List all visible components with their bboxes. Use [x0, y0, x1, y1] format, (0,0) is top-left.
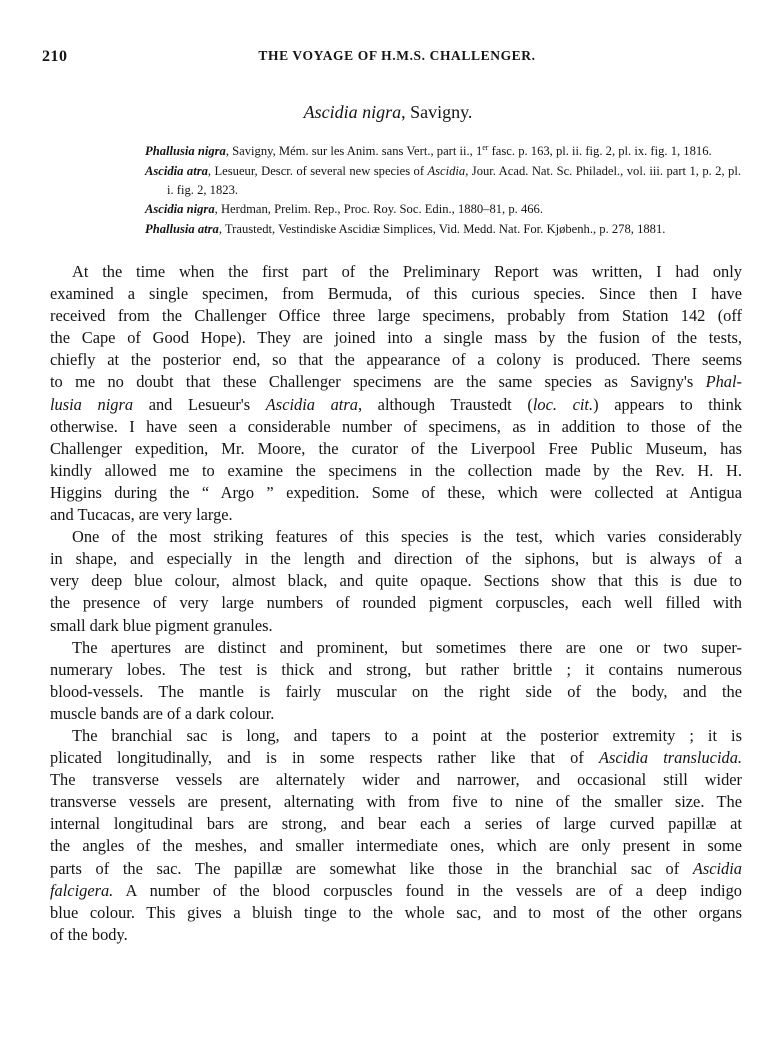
text-segment: small dark blue pigment granules.: [50, 616, 273, 635]
italic-text: Ascidia translucida.: [599, 748, 742, 767]
text-line: Higgins during the “ Argo ” expedition. …: [50, 482, 742, 504]
text-line: One of the most striking features of thi…: [50, 526, 742, 548]
species-name: Ascidia nigra: [304, 102, 402, 122]
text-segment: kindly allowed me to examine the specime…: [50, 461, 742, 480]
citation-text: , Lesueur, Descr. of several new species…: [208, 164, 428, 178]
synonymy-list: Phallusia nigra, Savigny, Mém. sur les A…: [145, 138, 741, 239]
text-segment: received from the Challenger Office thre…: [50, 306, 742, 325]
text-line: Challenger expedition, Mr. Moore, the cu…: [50, 438, 742, 460]
text-segment: ) appears to think: [593, 395, 742, 414]
text-segment: and Lesueur's: [133, 395, 266, 414]
text-line: The apertures are distinct and prominent…: [50, 637, 742, 659]
text-line: The branchial sac is long, and tapers to…: [50, 725, 742, 747]
text-line: transverse vessels are present, alternat…: [50, 791, 742, 813]
italic-text: loc. cit.: [533, 395, 593, 414]
text-segment: examined a single specimen, from Bermuda…: [50, 284, 742, 303]
text-segment: transverse vessels are present, alternat…: [50, 792, 742, 811]
text-line: of the body.: [50, 924, 742, 946]
text-segment: very deep blue colour, almost black, and…: [50, 571, 742, 590]
text-line: internal longitudinal bars are strong, a…: [50, 813, 742, 835]
text-segment: the angles of the meshes, and smaller in…: [50, 836, 742, 855]
text-line: At the time when the first part of the P…: [50, 261, 742, 283]
text-segment: and Tucacas, are very large.: [50, 505, 233, 524]
citation-text: , Traustedt, Vestindiske Ascidiæ Simplic…: [219, 222, 666, 236]
citation-italic: Ascidia: [427, 164, 465, 178]
text-line: very deep blue colour, almost black, and…: [50, 570, 742, 592]
text-line: to me no doubt that these Challenger spe…: [50, 371, 742, 393]
species-author: , Savigny.: [401, 102, 472, 122]
synonym-taxon: Phallusia atra: [145, 222, 219, 236]
text-segment: in shape, and especially in the length a…: [50, 549, 742, 568]
text-line: the presence of very large numbers of ro…: [50, 592, 742, 614]
text-line: parts of the sac. The papillæ are somewh…: [50, 858, 742, 880]
text-segment: otherwise. I have seen a considerable nu…: [50, 417, 742, 436]
synonymy-entry: Ascidia nigra, Herdman, Prelim. Rep., Pr…: [145, 200, 741, 219]
text-line: blue colour. This gives a bluish tinge t…: [50, 902, 742, 924]
text-segment: numerary lobes. The test is thick and st…: [50, 660, 742, 679]
citation-text: , Herdman, Prelim. Rep., Proc. Roy. Soc.…: [215, 202, 543, 216]
text-segment: to me no doubt that these Challenger spe…: [50, 372, 706, 391]
text-line: The transverse vessels are alternately w…: [50, 769, 742, 791]
text-segment: The branchial sac is long, and tapers to…: [72, 726, 742, 745]
text-segment: One of the most striking features of thi…: [72, 527, 742, 546]
text-line: falcigera. A number of the blood corpusc…: [50, 880, 742, 902]
italic-text: lusia nigra: [50, 395, 133, 414]
italic-text: Ascidia: [693, 859, 742, 878]
text-line: plicated longitudinally, and is in some …: [50, 747, 742, 769]
text-segment: plicated longitudinally, and is in some …: [50, 748, 599, 767]
text-segment: muscle bands are of a dark colour.: [50, 704, 274, 723]
running-header: 210 THE VOYAGE OF H.M.S. CHALLENGER.: [42, 48, 742, 70]
text-segment: chiefly at the posterior end, so that th…: [50, 350, 742, 369]
text-segment: the Cape of Good Hope). They are joined …: [50, 328, 742, 347]
text-line: the Cape of Good Hope). They are joined …: [50, 327, 742, 349]
running-title: THE VOYAGE OF H.M.S. CHALLENGER.: [42, 48, 742, 64]
text-line: small dark blue pigment granules.: [50, 615, 742, 637]
text-segment: The apertures are distinct and prominent…: [72, 638, 742, 657]
text-line: kindly allowed me to examine the specime…: [50, 460, 742, 482]
text-line: in shape, and especially in the length a…: [50, 548, 742, 570]
italic-text: falcigera.: [50, 881, 113, 900]
citation-text: fasc. p. 163, pl. ii. fig. 2, pl. ix. fi…: [488, 144, 711, 158]
text-segment: Challenger expedition, Mr. Moore, the cu…: [50, 439, 742, 458]
text-segment: internal longitudinal bars are strong, a…: [50, 814, 742, 833]
italic-text: Ascidia atra: [266, 395, 358, 414]
text-segment: of the body.: [50, 925, 128, 944]
citation-text: , Savigny, Mém. sur les Anim. sans Vert.…: [226, 144, 482, 158]
text-line: the angles of the meshes, and smaller in…: [50, 835, 742, 857]
text-line: and Tucacas, are very large.: [50, 504, 742, 526]
synonymy-entry: Ascidia atra, Lesueur, Descr. of several…: [145, 162, 741, 201]
species-heading: Ascidia nigra, Savigny.: [0, 102, 776, 123]
text-line: blood-vessels. The mantle is fairly musc…: [50, 681, 742, 703]
synonymy-entry: Phallusia nigra, Savigny, Mém. sur les A…: [145, 138, 741, 162]
synonym-taxon: Phallusia nigra: [145, 144, 226, 158]
text-line: received from the Challenger Office thre…: [50, 305, 742, 327]
text-line: chiefly at the posterior end, so that th…: [50, 349, 742, 371]
text-segment: A number of the blood corpuscles found i…: [113, 881, 742, 900]
text-line: examined a single specimen, from Bermuda…: [50, 283, 742, 305]
text-segment: parts of the sac. The papillæ are somewh…: [50, 859, 693, 878]
synonym-taxon: Ascidia atra: [145, 164, 208, 178]
text-segment: blue colour. This gives a bluish tinge t…: [50, 903, 742, 922]
text-segment: , although Traustedt (: [358, 395, 533, 414]
synonym-taxon: Ascidia nigra: [145, 202, 215, 216]
synonymy-entry: Phallusia atra, Traustedt, Vestindiske A…: [145, 220, 741, 239]
text-line: lusia nigra and Lesueur's Ascidia atra, …: [50, 394, 742, 416]
text-line: otherwise. I have seen a considerable nu…: [50, 416, 742, 438]
text-segment: Higgins during the “ Argo ” expedition. …: [50, 483, 742, 502]
text-segment: blood-vessels. The mantle is fairly musc…: [50, 682, 742, 701]
text-line: numerary lobes. The test is thick and st…: [50, 659, 742, 681]
document-page: 210 THE VOYAGE OF H.M.S. CHALLENGER. Asc…: [0, 0, 776, 1050]
body-text: At the time when the first part of the P…: [50, 261, 742, 946]
text-segment: the presence of very large numbers of ro…: [50, 593, 742, 612]
italic-text: Phal-: [706, 372, 742, 391]
text-segment: At the time when the first part of the P…: [72, 262, 742, 281]
text-segment: The transverse vessels are alternately w…: [50, 770, 742, 789]
text-line: muscle bands are of a dark colour.: [50, 703, 742, 725]
